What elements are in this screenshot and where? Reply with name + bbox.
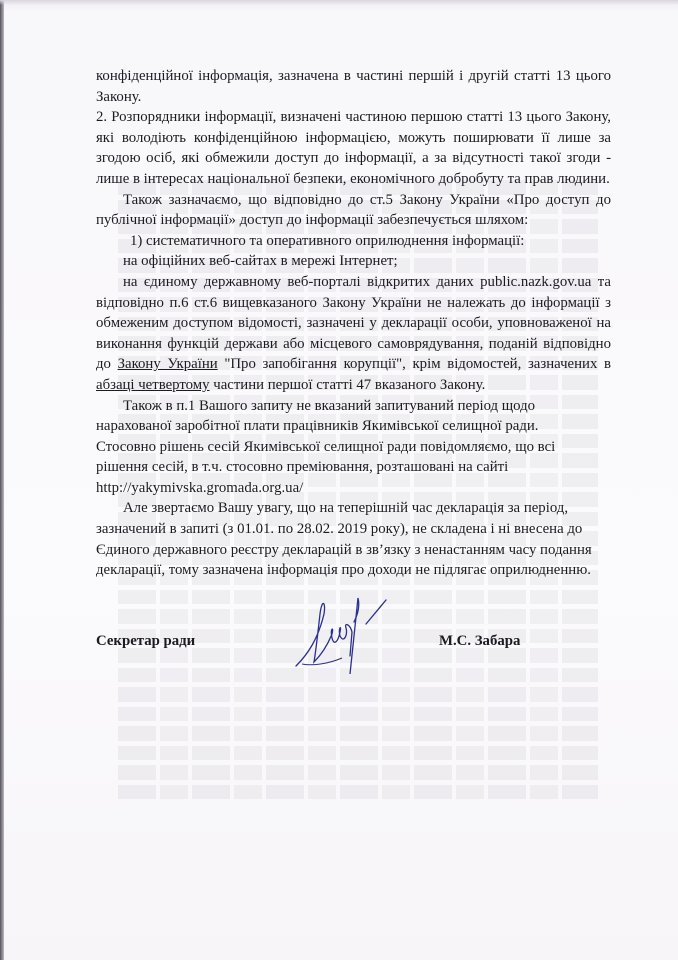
paragraph-confidential-info: конфіденційної інформація, зазначена в ч… — [96, 66, 611, 107]
paragraph-access-law: Також зазначаємо, що відповідно до ст.5 … — [96, 190, 611, 231]
signatory-title: Секретар ради — [96, 633, 195, 650]
signatory-name: М.С. Забара — [439, 633, 520, 650]
page-top-edge — [0, 0, 678, 5]
portal-text-middle: "Про запобігання корупції", крім відомос… — [218, 356, 611, 372]
paragraph-four-link[interactable]: абзаці четвертому — [96, 377, 210, 393]
paragraph-information-managers: 2. Розпорядники інформації, визначені ча… — [96, 107, 611, 189]
portal-text-end: частини першої статті 47 вказаного Закон… — [210, 377, 486, 393]
paragraph-portal: на єдиному державному веб-порталі відкри… — [96, 272, 611, 396]
website-url: http://yakymivska.gromada.org.ua/ — [96, 478, 611, 499]
paragraph-declaration: Але звертаємо Вашу увагу, що на теперішн… — [96, 498, 611, 580]
signature-block: Секретар ради М.С. Забара — [96, 633, 566, 663]
paragraph-official-websites: на офіційних веб-сайтах в мережі Інтерне… — [96, 251, 611, 272]
law-link[interactable]: Закону України — [118, 356, 218, 372]
paragraph-sessions: Стосовно рішень сесій Якимівської селищн… — [96, 437, 611, 478]
paragraph-systematic-publication: 1) систематичного та оперативного оприлю… — [96, 231, 611, 252]
paragraph-period: Також в п.1 Вашого запиту не вказаний за… — [96, 396, 611, 437]
letter-body: конфіденційної інформація, зазначена в ч… — [96, 66, 611, 581]
page-edge-shadow — [0, 0, 4, 960]
